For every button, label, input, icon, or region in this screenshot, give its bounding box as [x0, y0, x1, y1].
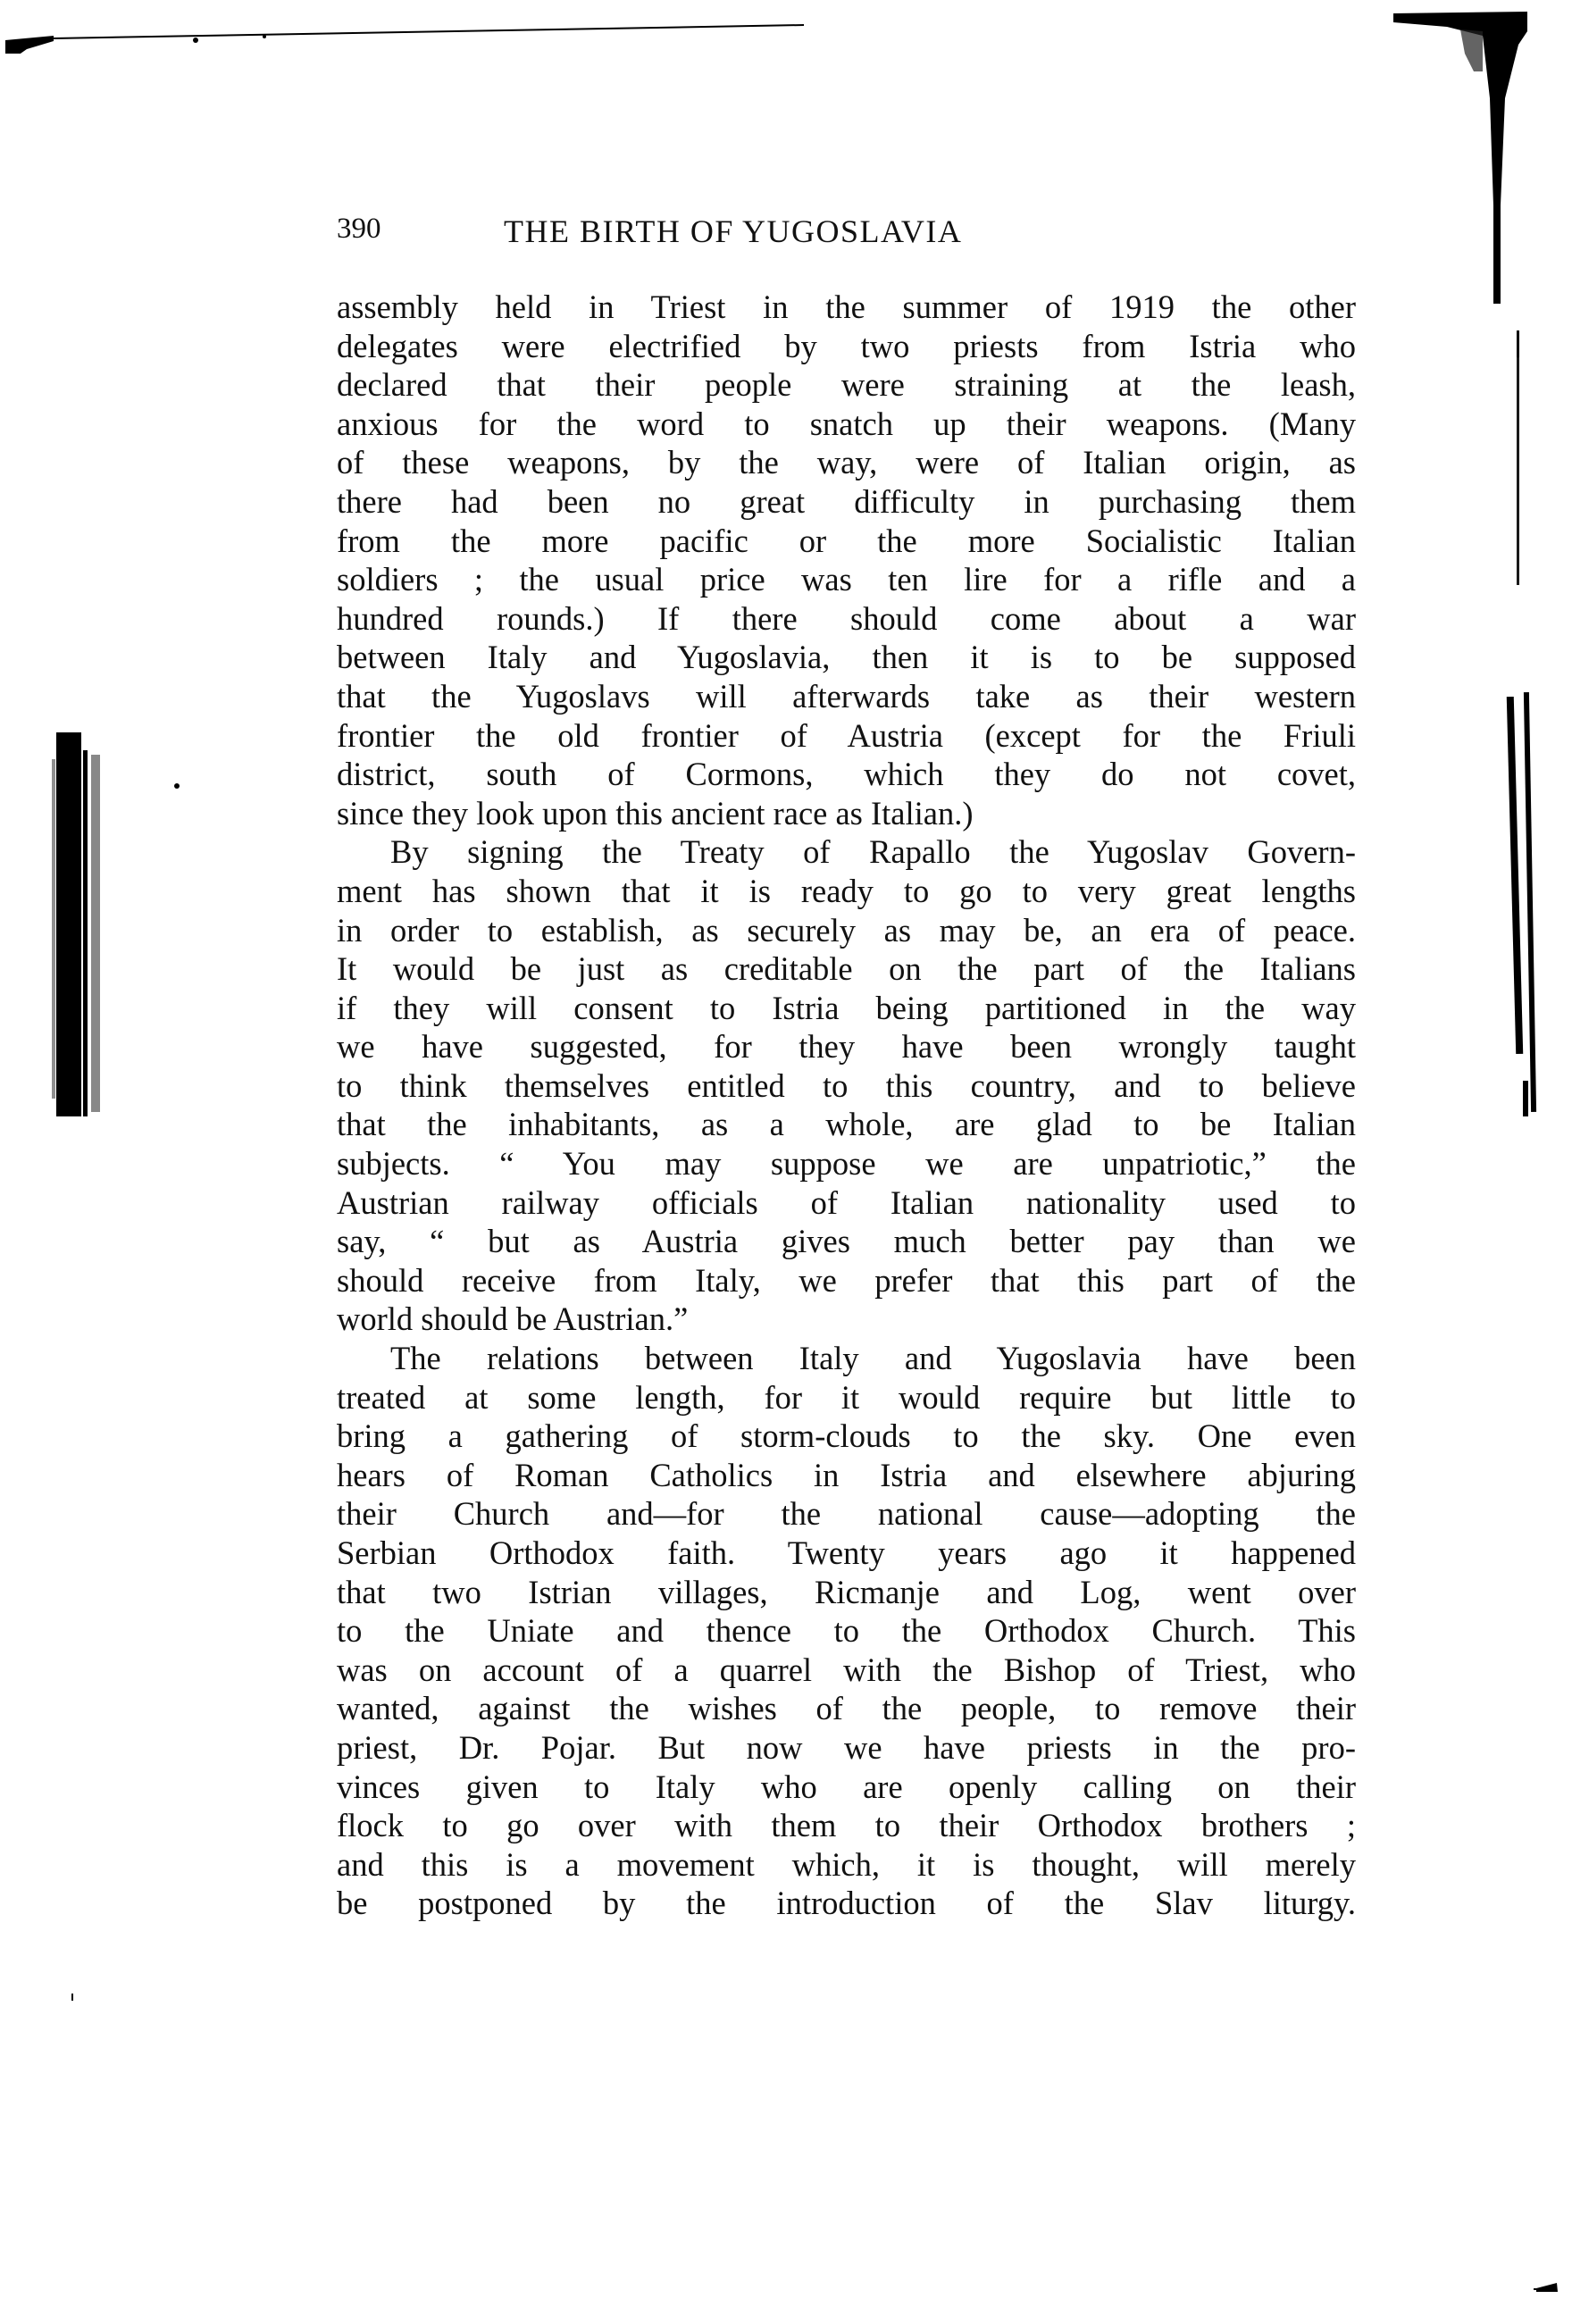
running-head: 390 THE BIRTH OF YUGOSLAVIA: [337, 213, 1355, 257]
text-line: subjects. “ You may suppose we are unpat…: [337, 1144, 1356, 1183]
text-line: priest, Dr. Pojar. But now we have pries…: [337, 1728, 1356, 1768]
text-line: between Italy and Yugoslavia, then it is…: [337, 638, 1356, 677]
running-title: THE BIRTH OF YUGOSLAVIA: [504, 213, 962, 250]
text-line: to the Uniate and thence to the Orthodox…: [337, 1611, 1356, 1651]
text-line: treated at some length, for it would req…: [337, 1378, 1356, 1417]
text-line: soldiers ; the usual price was ten lire …: [337, 560, 1356, 599]
stray-ink-mark: [71, 1994, 73, 2001]
text-line: hundred rounds.) If there should come ab…: [337, 599, 1356, 639]
scan-top-edge-artifact: [0, 0, 804, 54]
text-line: By signing the Treaty of Rapallo the Yug…: [337, 832, 1356, 872]
text-line: district, south of Cormons, which they d…: [337, 755, 1356, 794]
text-line: be postponed by the introduction of the …: [337, 1884, 1356, 1923]
text-line: world should be Austrian.”: [337, 1300, 1356, 1339]
scan-left-margin-artifact: [49, 732, 112, 1125]
text-line: frontier the old frontier of Austria (ex…: [337, 716, 1356, 756]
text-line: anxious for the word to snatch up their …: [337, 405, 1356, 444]
text-line: of these weapons, by the way, were of It…: [337, 443, 1356, 482]
text-line: vinces given to Italy who are openly cal…: [337, 1768, 1356, 1807]
text-line: say, “ but as Austria gives much better …: [337, 1222, 1356, 1261]
text-line: It would be just as creditable on the pa…: [337, 949, 1356, 989]
text-line: and this is a movement which, it is thou…: [337, 1845, 1356, 1885]
text-line: assembly held in Triest in the summer of…: [337, 288, 1356, 327]
text-line: flock to go over with them to their Orth…: [337, 1806, 1356, 1845]
text-line: to think themselves entitled to this cou…: [337, 1066, 1356, 1106]
text-line: that two Istrian villages, Ricmanje and …: [337, 1573, 1356, 1612]
text-line: Austrian railway officials of Italian na…: [337, 1183, 1356, 1223]
text-line: delegates were electrified by two priest…: [337, 327, 1356, 366]
page-number: 390: [337, 213, 381, 246]
stray-ink-dot: [174, 783, 180, 789]
text-line: in order to establish, as securely as ma…: [337, 911, 1356, 950]
text-line: we have suggested, for they have been wr…: [337, 1027, 1356, 1066]
paragraph-2: By signing the Treaty of Rapallo the Yug…: [337, 832, 1356, 1339]
text-line: declared that their people were strainin…: [337, 365, 1356, 405]
scan-right-edge-artifact: [1393, 0, 1572, 2324]
text-line: their Church and—for the national cause—…: [337, 1494, 1356, 1534]
text-line: there had been no great difficulty in pu…: [337, 482, 1356, 522]
text-line: that the Yugoslavs will afterwards take …: [337, 677, 1356, 716]
body-text: assembly held in Triest in the summer of…: [337, 288, 1356, 1923]
text-line: ment has shown that it is ready to go to…: [337, 872, 1356, 911]
text-line: since they look upon this ancient race a…: [337, 794, 1356, 833]
text-line: should receive from Italy, we prefer tha…: [337, 1261, 1356, 1300]
paragraph-3: The relations between Italy and Yugoslav…: [337, 1339, 1356, 1923]
paragraph-1: assembly held in Triest in the summer of…: [337, 288, 1356, 832]
text-line: Serbian Orthodox faith. Twenty years ago…: [337, 1534, 1356, 1573]
text-line: bring a gathering of storm-clouds to the…: [337, 1417, 1356, 1456]
text-line: from the more pacific or the more Social…: [337, 522, 1356, 561]
text-line: if they will consent to Istria being par…: [337, 989, 1356, 1028]
text-line: was on account of a quarrel with the Bis…: [337, 1651, 1356, 1690]
text-line: wanted, against the wishes of the people…: [337, 1689, 1356, 1728]
scanned-book-page: 390 THE BIRTH OF YUGOSLAVIA assembly hel…: [0, 0, 1572, 2324]
text-line: The relations between Italy and Yugoslav…: [337, 1339, 1356, 1378]
text-line: hears of Roman Catholics in Istria and e…: [337, 1456, 1356, 1495]
text-line: that the inhabitants, as a whole, are gl…: [337, 1105, 1356, 1144]
